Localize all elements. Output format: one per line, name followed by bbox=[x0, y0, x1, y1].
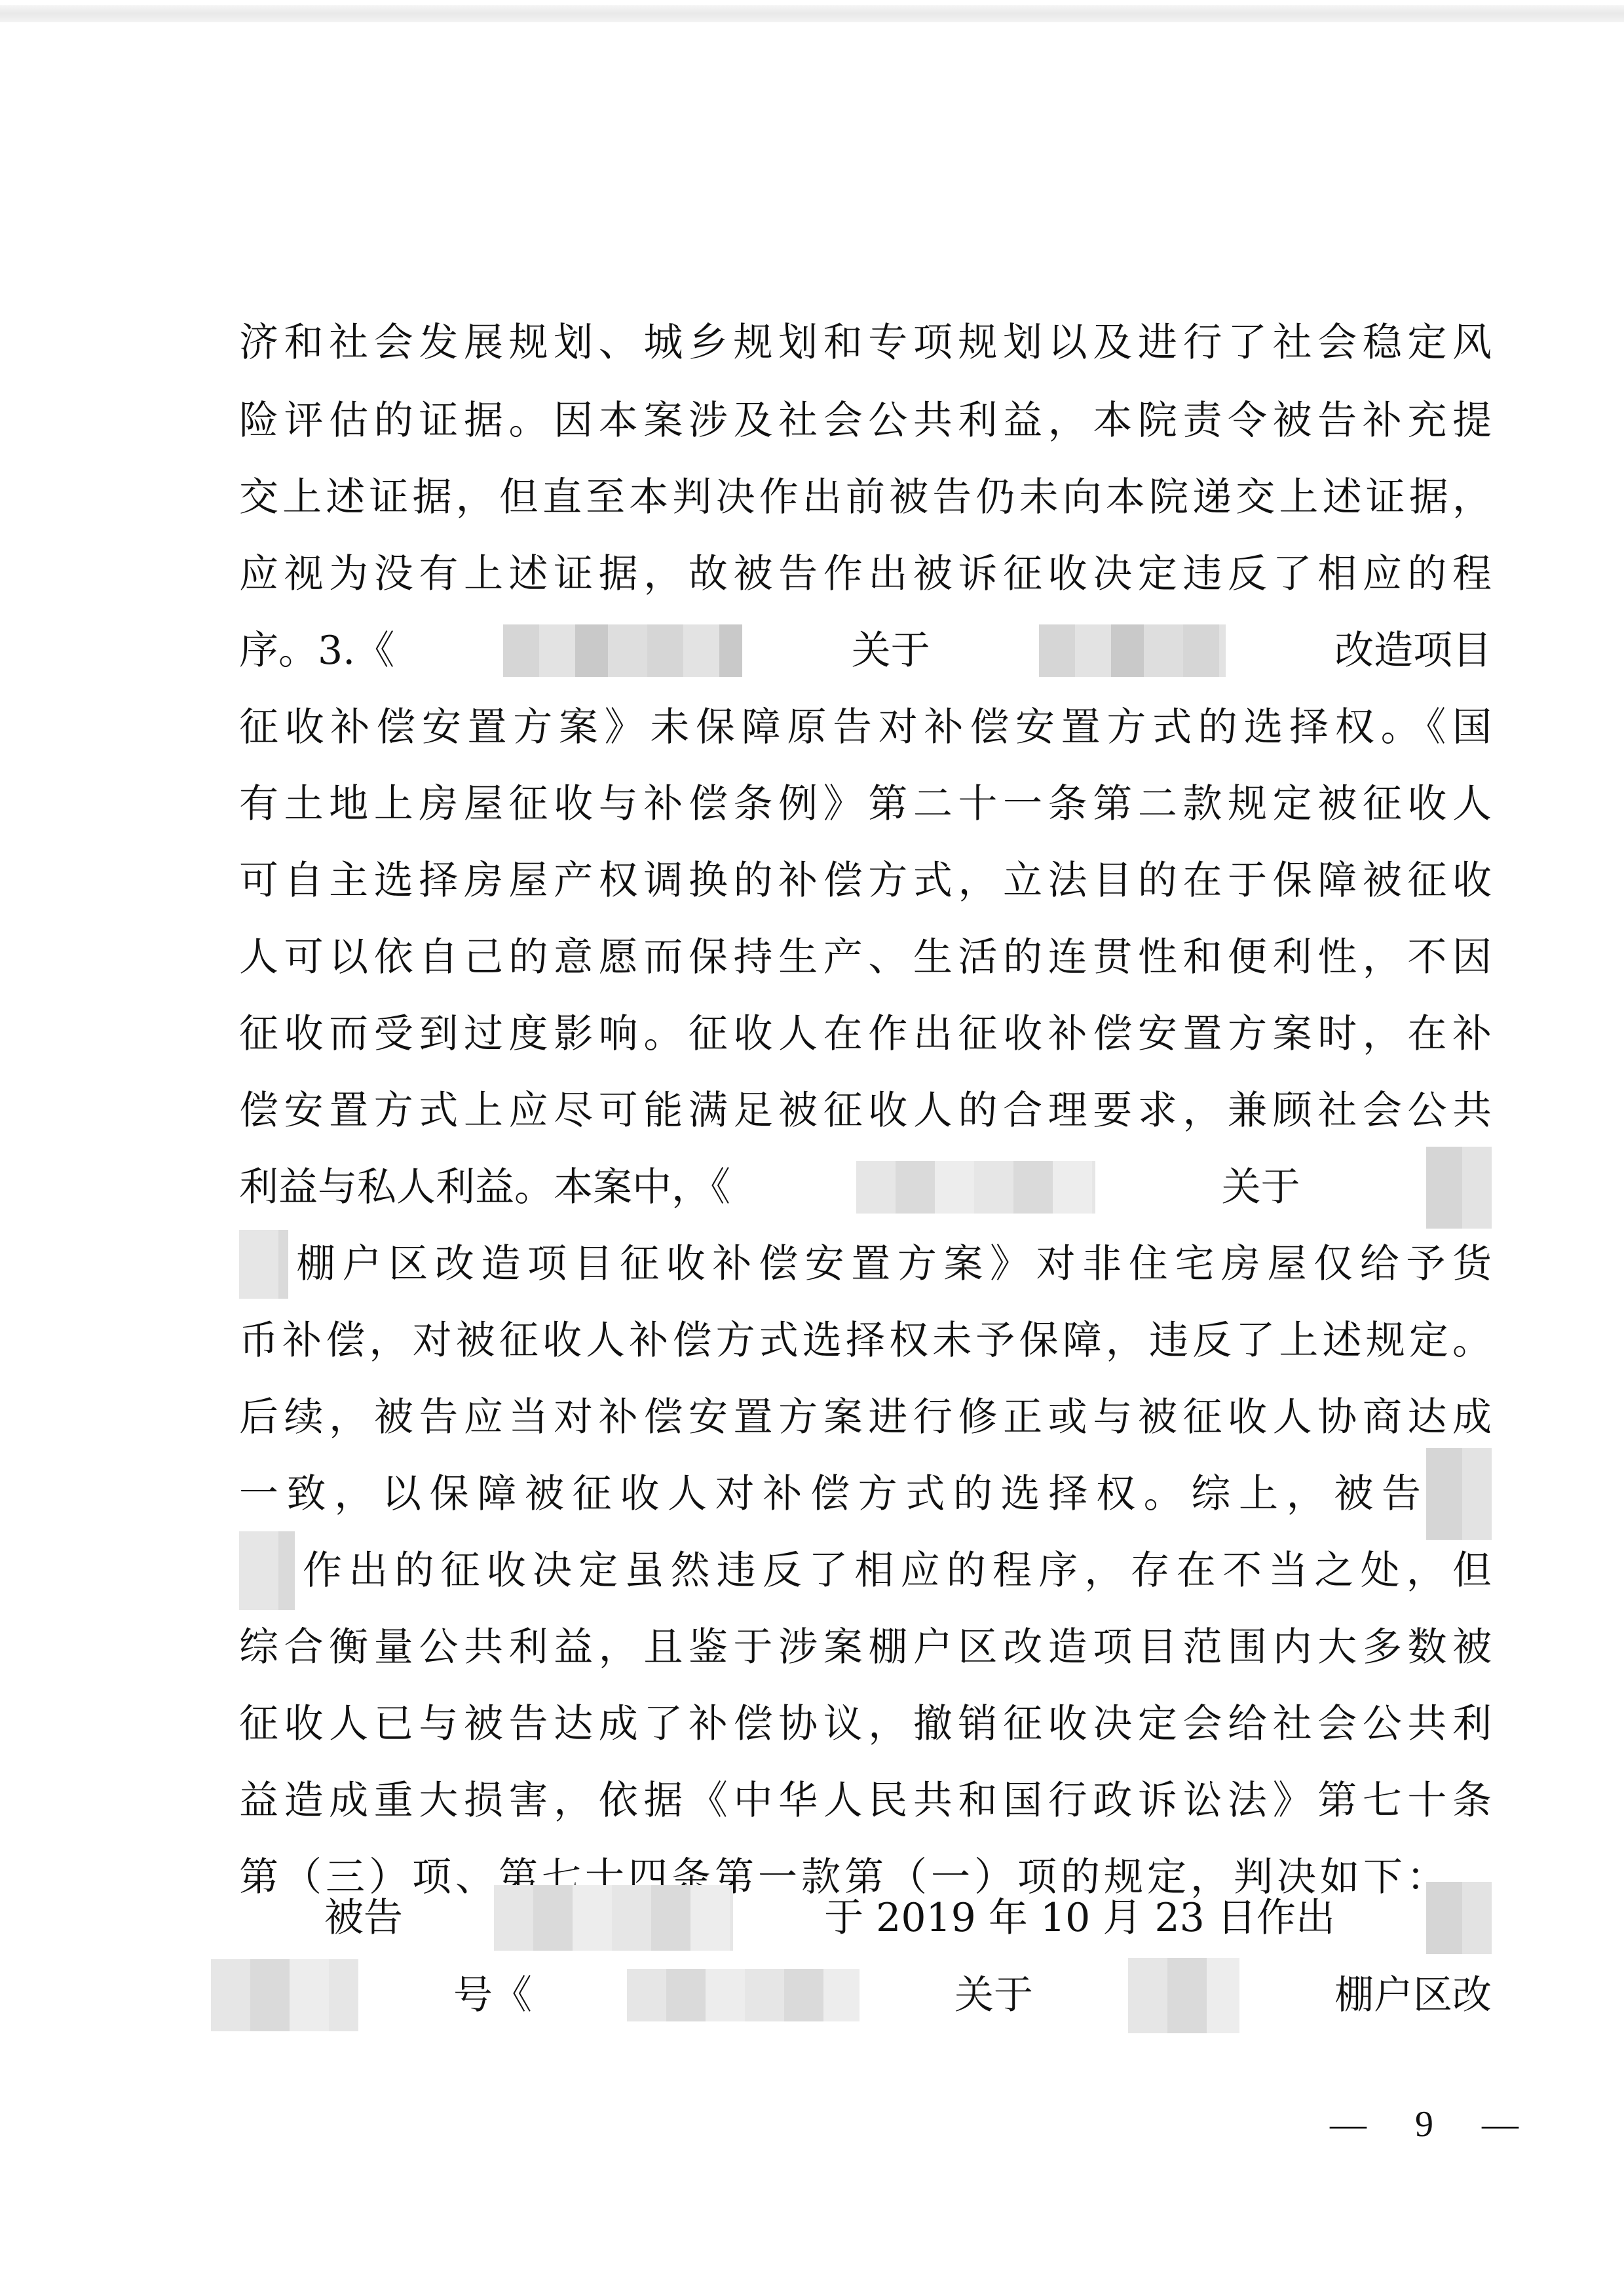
text-segment: 被告 bbox=[324, 1888, 403, 1947]
redacted-block bbox=[211, 1959, 358, 2031]
redacted-block bbox=[856, 1161, 1095, 1214]
text-segment: 棚户区改 bbox=[1334, 1966, 1492, 2025]
redacted-block bbox=[1039, 624, 1226, 677]
text-line: 币补偿，对被征收人补偿方式选择权未予保障，违反了上述规定。 bbox=[239, 1311, 1492, 1370]
text-segment: 棚户区改造项目征收补偿安置方案》对非住宅房屋仅给予货 bbox=[288, 1234, 1492, 1293]
text-line: 征收而受到过度影响。征收人在作出征收补偿安置方案时，在补 bbox=[239, 1004, 1492, 1063]
redacted-block bbox=[239, 1531, 295, 1610]
text-line: 一致，以保障被征收人对补偿方式的选择权。综上，被告 bbox=[239, 1464, 1492, 1523]
text-line: 征收补偿安置方案》未保障原告对补偿安置方式的选择权。《国 bbox=[239, 698, 1492, 757]
text-line: 可自主选择房屋产权调换的补偿方式，立法目的在于保障被征收 bbox=[239, 851, 1492, 910]
text-line: 棚户区改造项目征收补偿安置方案》对非住宅房屋仅给予货 bbox=[239, 1234, 1492, 1293]
text-line: 综合衡量公共利益，且鉴于涉案棚户区改造项目范围内大多数被 bbox=[239, 1618, 1492, 1677]
text-segment: 利益与私人利益。本案中，《 bbox=[239, 1158, 730, 1217]
text-segment: 作出的征收决定虽然违反了相应的程序，存在不当之处，但 bbox=[295, 1541, 1492, 1600]
text-segment: 关于 bbox=[954, 1966, 1033, 2025]
text-line: 利益与私人利益。本案中，《 关于 bbox=[239, 1158, 1492, 1217]
text-line: 序。3.《 关于 改造项目 bbox=[239, 621, 1492, 680]
text-segment: 关于 bbox=[852, 621, 930, 680]
text-line: 后续，被告应当对补偿安置方案进行修正或与被征收人协商达成 bbox=[239, 1388, 1492, 1447]
text-line: 应视为没有上述证据，故被告作出被诉征收决定违反了相应的程 bbox=[239, 545, 1492, 603]
page-number: — 9 — bbox=[1330, 2103, 1538, 2145]
redacted-block bbox=[494, 1885, 733, 1951]
redacted-block bbox=[239, 1230, 288, 1299]
text-segment: 号《 bbox=[453, 1966, 532, 2025]
text-line: 偿安置方式上应尽可能满足被征收人的合理要求，兼顾社会公共 bbox=[239, 1081, 1492, 1140]
text-segment: 序。3.《 bbox=[239, 621, 394, 680]
redacted-block bbox=[1426, 1147, 1492, 1229]
text-segment: 关于 bbox=[1222, 1158, 1300, 1217]
redacted-block bbox=[627, 1969, 859, 2021]
text-segment: 一致，以保障被征收人对补偿方式的选择权。综上，被告 bbox=[239, 1464, 1426, 1523]
document-page: 济和社会发展规划、城乡规划和专项规划以及进行了社会稳定风 险评估的证据。因本案涉… bbox=[0, 0, 1624, 2296]
text-line: 号《 关于 棚户区改 bbox=[211, 1966, 1492, 2025]
text-line: 益造成重大损害，依据《中华人民共和国行政诉讼法》第七十条 bbox=[239, 1771, 1492, 1830]
text-line: 作出的征收决定虽然违反了相应的程序，存在不当之处，但 bbox=[239, 1541, 1492, 1600]
redacted-block bbox=[1426, 1448, 1492, 1540]
text-line: 征收人已与被告达成了补偿协议，撤销征收决定会给社会公共利 bbox=[239, 1694, 1492, 1753]
text-line: 济和社会发展规划、城乡规划和专项规划以及进行了社会稳定风 bbox=[239, 313, 1492, 372]
text-line: 交上述证据，但直至本判决作出前被告仍未向本院递交上述证据， bbox=[239, 468, 1492, 527]
redacted-block bbox=[1128, 1958, 1239, 2033]
redacted-block bbox=[1426, 1882, 1492, 1954]
text-segment: 于 2019 年 10 月 23 日作出 bbox=[824, 1888, 1335, 1947]
judgment-line: 被告 于 2019 年 10 月 23 日作出 bbox=[324, 1888, 1492, 1947]
text-line: 险评估的证据。因本案涉及社会公共利益，本院责令被告补充提 bbox=[239, 391, 1492, 450]
text-segment: 改造项目 bbox=[1334, 621, 1492, 680]
text-line: 人可以依自己的意愿而保持生产、生活的连贯性和便利性，不因 bbox=[239, 928, 1492, 987]
redacted-block bbox=[503, 624, 742, 677]
text-line: 有土地上房屋征收与补偿条例》第二十一条第二款规定被征收人 bbox=[239, 775, 1492, 833]
